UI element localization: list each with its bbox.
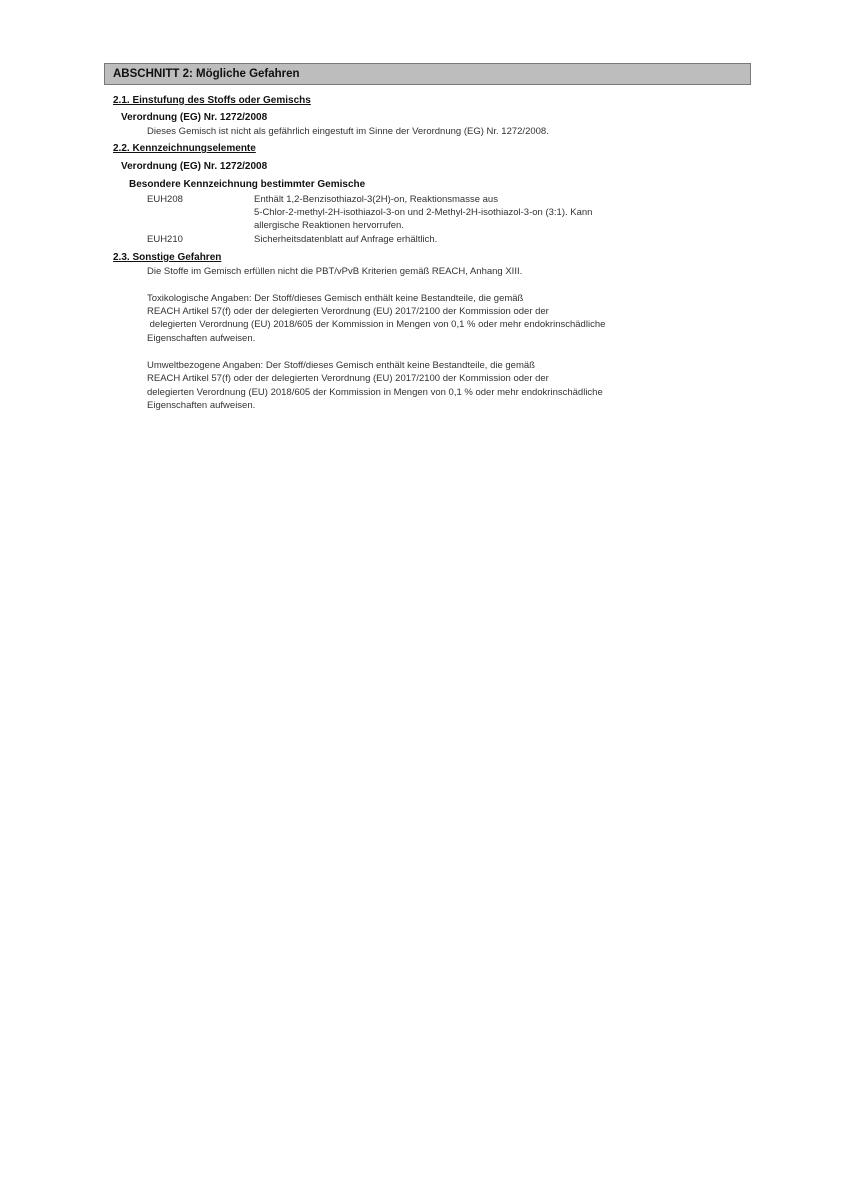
statement-text-line: Enthält 1,2-Benzisothiazol-3(2H)-on, Rea… xyxy=(254,193,498,206)
tox-text-line: REACH Artikel 57(f) oder der delegierten… xyxy=(147,305,549,318)
env-text-line: Umweltbezogene Angaben: Der Stoff/dieses… xyxy=(147,359,535,372)
document-page: ABSCHNITT 2: Mögliche Gefahren 2.1. Eins… xyxy=(0,0,849,1200)
statement-text-line: 5-Chlor-2-methyl-2H-isothiazol-3-on und … xyxy=(254,206,592,219)
pbt-text: Die Stoffe im Gemisch erfüllen nicht die… xyxy=(147,265,522,278)
tox-text-line: Eigenschaften aufweisen. xyxy=(147,332,255,345)
heading-2-3: 2.3. Sonstige Gefahren xyxy=(113,251,221,264)
statement-text-line: Sicherheitsdatenblatt auf Anfrage erhält… xyxy=(254,233,437,246)
heading-2-1: 2.1. Einstufung des Stoffs oder Gemischs xyxy=(113,94,311,107)
regulation-label-2-1: Verordnung (EG) Nr. 1272/2008 xyxy=(121,111,267,124)
regulation-label-2-2: Verordnung (EG) Nr. 1272/2008 xyxy=(121,160,267,173)
env-text-line: Eigenschaften aufweisen. xyxy=(147,399,255,412)
env-text-line: delegierten Verordnung (EU) 2018/605 der… xyxy=(147,386,603,399)
special-labelling-heading: Besondere Kennzeichnung bestimmter Gemis… xyxy=(129,178,365,191)
section-header: ABSCHNITT 2: Mögliche Gefahren xyxy=(104,63,751,85)
tox-text-line: Toxikologische Angaben: Der Stoff/dieses… xyxy=(147,292,523,305)
heading-2-2: 2.2. Kennzeichnungselemente xyxy=(113,142,256,155)
tox-text-line: delegierten Verordnung (EU) 2018/605 der… xyxy=(147,318,605,331)
statement-code: EUH210 xyxy=(147,233,183,246)
classification-text: Dieses Gemisch ist nicht als gefährlich … xyxy=(147,125,549,138)
statement-code: EUH208 xyxy=(147,193,183,206)
statement-text-line: allergische Reaktionen hervorrufen. xyxy=(254,219,404,232)
env-text-line: REACH Artikel 57(f) oder der delegierten… xyxy=(147,372,549,385)
